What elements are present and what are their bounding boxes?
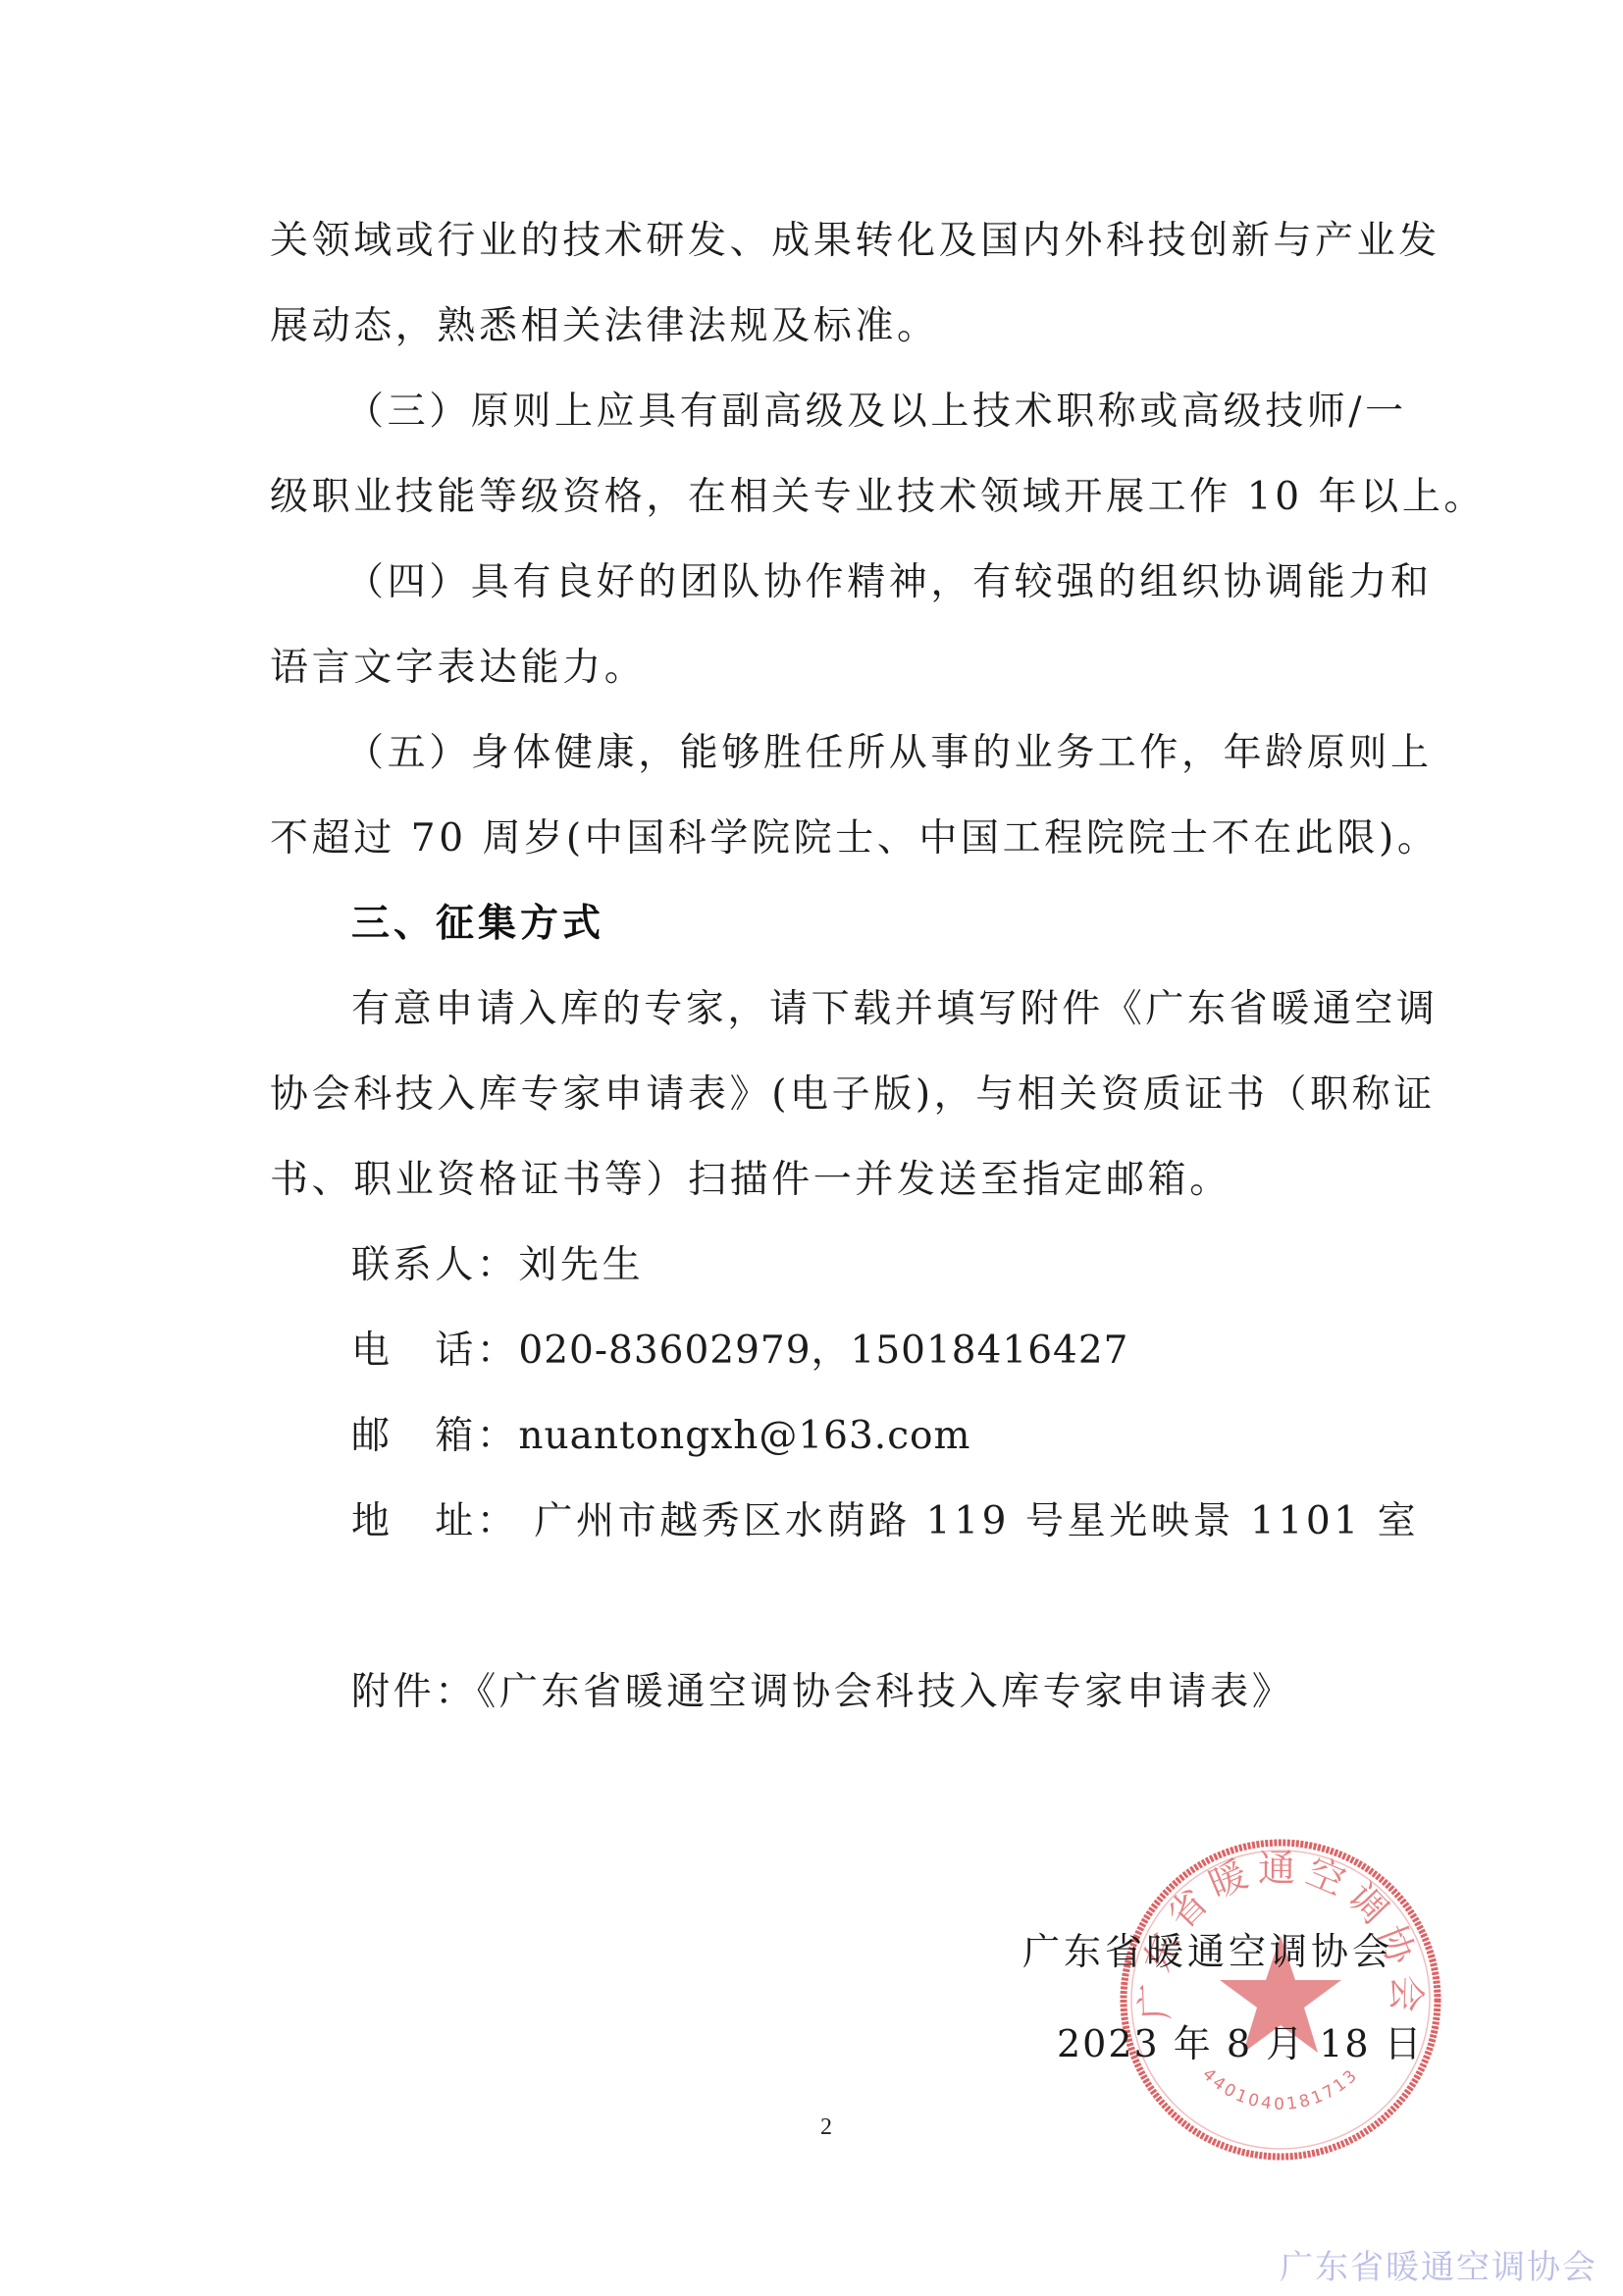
contact-email-label: 邮 箱： xyxy=(351,1414,518,1458)
contact-address-label: 地 址： xyxy=(351,1499,518,1543)
paragraph-line: 展动态，熟悉相关法律法规及标准。 xyxy=(270,302,1398,351)
contact-person-label: 联系人： xyxy=(351,1243,518,1287)
official-seal-icon: 广东省暖通空调协会 4401040181713 xyxy=(1114,1833,1447,2166)
contact-phone-value: 020-83602979，15018416427 xyxy=(518,1329,1128,1373)
paragraph-line: 书、职业资格证书等）扫描件一并发送至指定邮箱。 xyxy=(270,1156,1398,1205)
contact-address: 地 址： 广州市越秀区水荫路 119 号星光映景 1101 室 xyxy=(351,1497,1480,1546)
section-heading: 三、征集方式 xyxy=(351,900,1480,949)
contact-phone: 电 话：020-83602979，15018416427 xyxy=(351,1327,1480,1376)
paragraph-line: 不超过 70 周岁(中国科学院院士、中国工程院院士不在此限)。 xyxy=(270,814,1398,863)
contact-person: 联系人：刘先生 xyxy=(351,1241,1480,1290)
attachment-line: 附件：《广东省暖通空调协会科技入库专家申请表》 xyxy=(351,1668,1480,1717)
contact-phone-label: 电 话： xyxy=(351,1329,518,1373)
contact-email: 邮 箱：nuantongxh@163.com xyxy=(351,1412,1480,1461)
watermark-text: 广东省暖通空调协会 xyxy=(1280,2240,1597,2288)
signature-organization: 广东省暖通空调协会 xyxy=(1022,1927,1393,1976)
paragraph-line: 级职业技能等级资格，在相关专业技术领域开展工作 10 年以上。 xyxy=(270,473,1398,522)
paragraph-line: 有意申请入库的专家，请下载并填写附件《广东省暖通空调 xyxy=(351,985,1398,1034)
document-page: 关领域或行业的技术研发、成果转化及国内外科技创新与产业发 展动态，熟悉相关法律法… xyxy=(0,0,1623,2296)
paragraph-line: 关领域或行业的技术研发、成果转化及国内外科技创新与产业发 xyxy=(270,217,1398,266)
contact-email-value[interactable]: nuantongxh@163.com xyxy=(518,1414,970,1458)
paragraph-line: （五）身体健康，能够胜任所从事的业务工作，年龄原则上 xyxy=(345,729,1398,778)
page-number: 2 xyxy=(820,2114,832,2141)
paragraph-line: （四）具有良好的团队协作精神，有较强的组织协调能力和 xyxy=(345,558,1398,607)
contact-person-value: 刘先生 xyxy=(518,1243,644,1287)
paragraph-line: （三）原则上应具有副高级及以上技术职称或高级技师/一 xyxy=(345,388,1398,437)
signature-date: 2023 年 8 月 18 日 xyxy=(1057,2019,1424,2068)
svg-text:4401040181713: 4401040181713 xyxy=(1198,2064,1363,2114)
contact-address-value: 广州市越秀区水荫路 119 号星光映景 1101 室 xyxy=(534,1499,1419,1543)
paragraph-line: 语言文字表达能力。 xyxy=(270,644,1398,693)
paragraph-line: 协会科技入库专家申请表》(电子版)，与相关资质证书（职称证 xyxy=(270,1070,1398,1120)
